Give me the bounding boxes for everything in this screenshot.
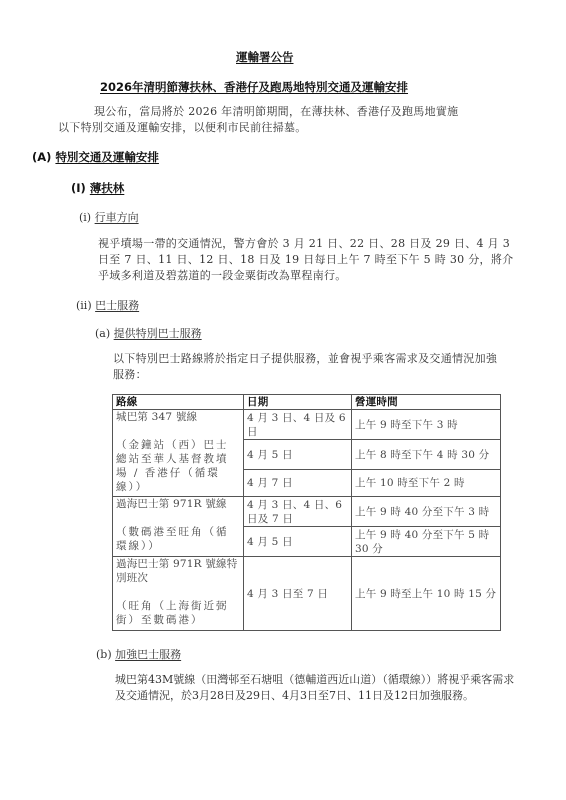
item-a-heading: (a) 提供特別巴士服務 [95,325,202,341]
route-cell: 城巴第 347 號線 （金鐘站（西）巴士總站至華人基督教墳場 / 香港仔（循環線… [113,410,244,497]
route-cell: 過海巴士第 971R 號線 （數碼港至旺角（循環線）） [113,497,244,557]
route-description: （旺角（上海街近弼街）至數碼港） [116,600,229,626]
hours-cell: 上午 10 時至下午 2 時 [352,470,501,497]
date-cell: 4 月 3 日、4 日、6 日及 7 日 [244,497,352,527]
item-a-marker: (a) [95,327,110,340]
item-b-paragraph: 城巴第43M號線（田灣邨至石塘咀（德輔道西近山道）（循環線））將視乎乘客需求及交… [115,672,517,704]
item-b-label: 加強巴士服務 [115,648,181,661]
section-a-heading: (A) 特別交通及運輸安排 [32,149,159,165]
item-i-heading: (i) 行車方向 [79,209,139,225]
item-a-paragraph: 以下特別巴士路線將於指定日子提供服務，並會視乎乘客需求及交通情況加強服務： [113,351,505,383]
date-cell: 4 月 3 日、4 日及 6 日 [244,410,352,440]
table-row: 過海巴士第 971R 號線特別班次 （旺角（上海街近弼街）至數碼港） 4 月 3… [113,557,501,631]
hours-cell: 上午 9 時至上午 10 時 15 分 [352,557,501,631]
item-ii-marker: (ii) [76,299,92,312]
item-b-marker: (b) [96,648,112,661]
special-bus-table: 路線 日期 營運時間 城巴第 347 號線 （金鐘站（西）巴士總站至華人基督教墳… [112,394,501,631]
date-cell: 4 月 5 日 [244,527,352,557]
route-description: （金鐘站（西）巴士總站至華人基督教墳場 / 香港仔（循環線）） [116,439,229,493]
section-i-marker: (I) [71,181,86,195]
date-cell: 4 月 5 日 [244,440,352,470]
item-ii-heading: (ii) 巴士服務 [76,297,139,313]
route-name: 城巴第 347 號線 [116,411,197,423]
section-a-label: 特別交通及運輸安排 [55,150,159,164]
date-cell: 4 月 3 日至 7 日 [244,557,352,631]
section-i-heading: (I) 薄扶林 [71,180,124,196]
hours-cell: 上午 9 時至下午 3 時 [352,410,501,440]
table-row: 城巴第 347 號線 （金鐘站（西）巴士總站至華人基督教墳場 / 香港仔（循環線… [113,410,501,440]
route-name: 過海巴士第 971R 號線 [116,498,227,510]
route-cell: 過海巴士第 971R 號線特別班次 （旺角（上海街近弼街）至數碼港） [113,557,244,631]
header-date: 日期 [244,395,352,410]
header-route: 路線 [113,395,244,410]
hours-cell: 上午 8 時至下午 4 時 30 分 [352,440,501,470]
header-hours: 營運時間 [352,395,501,410]
section-a-marker: (A) [32,150,51,164]
item-ii-label: 巴士服務 [95,299,139,312]
notice-subtitle: 2026年清明節薄扶林、香港仔及跑馬地特別交通及運輸安排 [100,79,408,95]
intro-paragraph: 現公布，當局將於 2026 年清明節期間，在薄扶林、香港仔及跑馬地實施以下特別交… [58,104,468,136]
item-b-heading: (b) 加強巴士服務 [96,646,181,662]
date-cell: 4 月 7 日 [244,470,352,497]
item-a-label: 提供特別巴士服務 [114,327,202,340]
item-i-label: 行車方向 [95,211,139,224]
item-i-marker: (i) [79,211,91,224]
table-header-row: 路線 日期 營運時間 [113,395,501,410]
section-i-label: 薄扶林 [90,181,125,195]
notice-title: 運輸署公告 [236,49,294,65]
hours-cell: 上午 9 時 40 分至下午 5 時 30 分 [352,527,501,557]
table-row: 過海巴士第 971R 號線 （數碼港至旺角（循環線）） 4 月 3 日、4 日、… [113,497,501,527]
hours-cell: 上午 9 時 40 分至下午 3 時 [352,497,501,527]
route-description: （數碼港至旺角（循環線）） [116,526,229,552]
route-name: 過海巴士第 971R 號線特別班次 [116,558,237,584]
item-i-paragraph: 視乎墳場一帶的交通情況，警方會於 3 月 21 日、22 日、28 日及 29 … [98,236,518,284]
